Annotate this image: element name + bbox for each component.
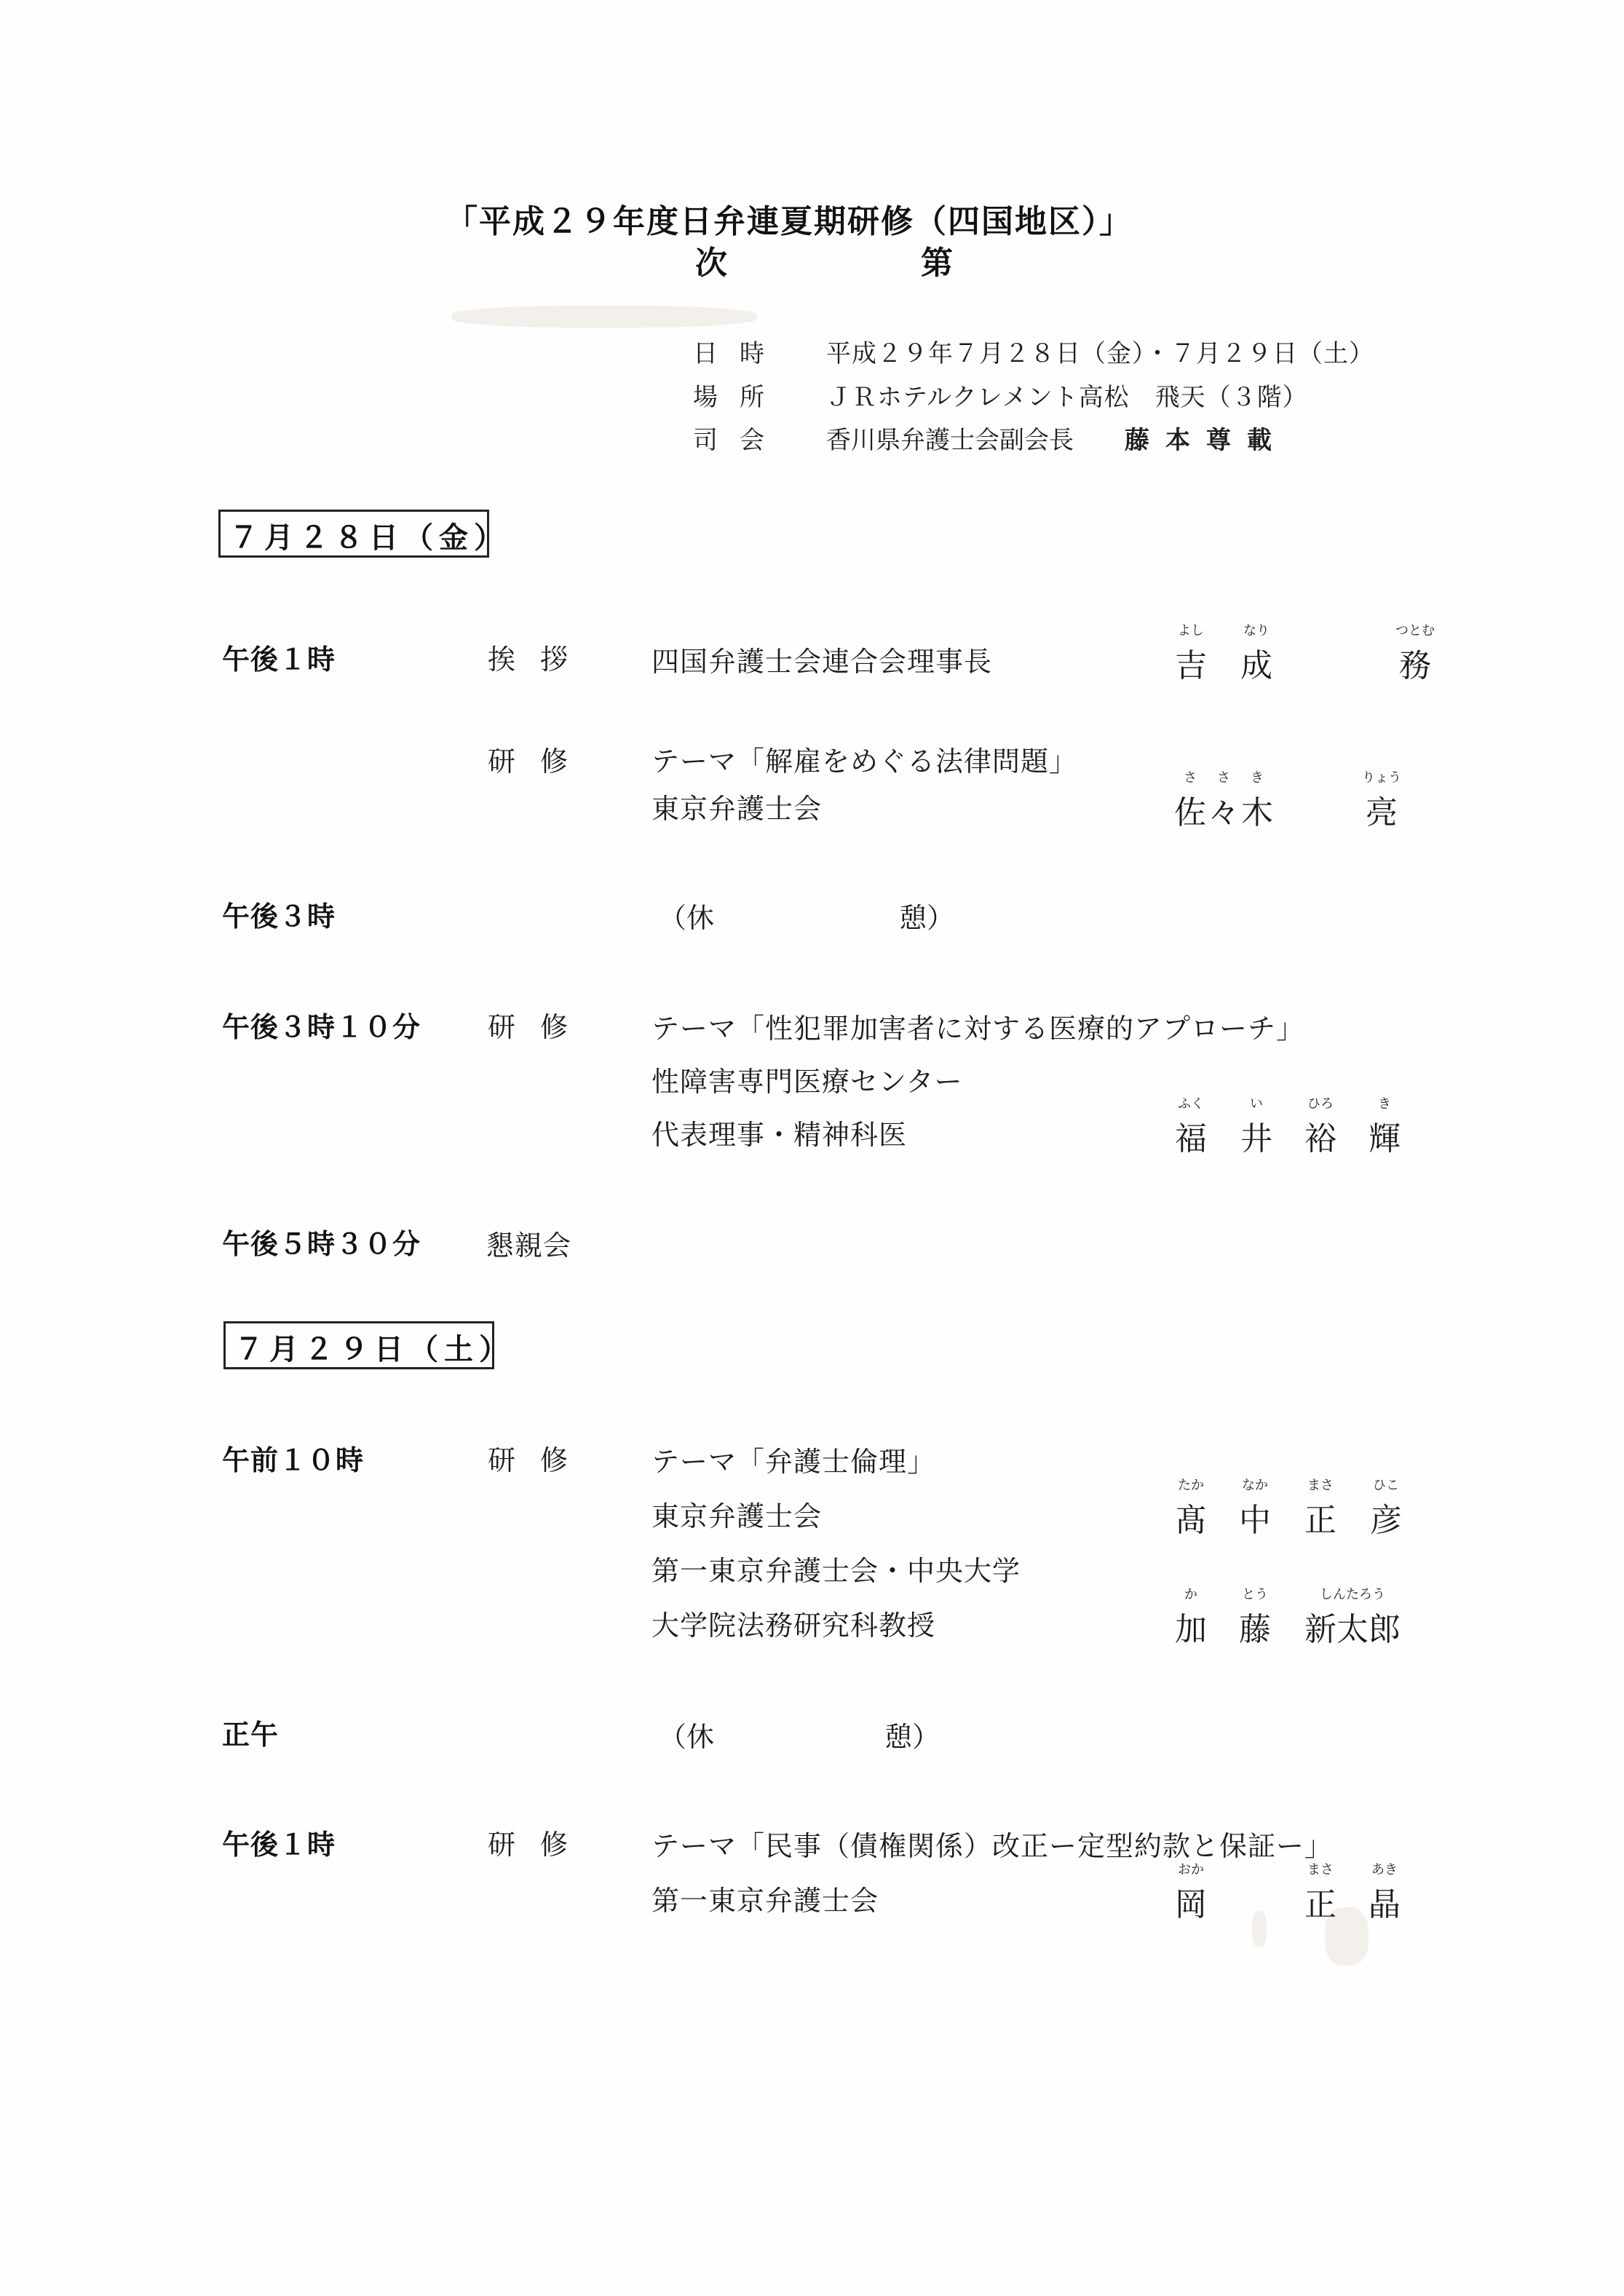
speaker-name: か加 とう藤 しんたろう新太郎 <box>1173 1603 1402 1650</box>
schedule-desc-line: テーマ「弁護士倫理」 <box>651 1439 935 1479</box>
info-label-datetime: 日時 <box>693 333 786 369</box>
name-char: りょう亮 <box>1364 786 1399 833</box>
break-left: （休 <box>659 895 714 935</box>
info-value-venue: ＪＲホテルクレメント高松 飛天（３階） <box>826 377 1308 413</box>
schedule-type: 挨拶 <box>488 637 593 677</box>
name-char: ふく福 <box>1173 1112 1208 1159</box>
name-char: さ々 <box>1207 786 1240 833</box>
schedule-desc-line: 大学院法務研究科教授 <box>651 1603 935 1643</box>
name-char: よし吉 <box>1173 639 1208 686</box>
schedule-desc-line: 性障害専門医療センター <box>651 1059 962 1099</box>
name-char: なか中 <box>1237 1494 1272 1540</box>
name-char: さ佐 <box>1173 786 1207 833</box>
break-left: （休 <box>659 1714 714 1754</box>
info-value-mc-role: 香川県弁護士会副会長 <box>826 420 1074 456</box>
name-char: あき晶 <box>1367 1878 1402 1925</box>
subtitle-right: 第 <box>921 237 953 283</box>
name-char: たか髙 <box>1173 1494 1208 1540</box>
schedule-time: 午後３時１０分 <box>222 1005 421 1045</box>
schedule-type: 研修 <box>488 1005 593 1045</box>
day-header-jul28: ７月２８日（金） <box>218 510 489 558</box>
info-label-mc: 司会 <box>693 420 786 456</box>
ruby: よし <box>1178 620 1204 639</box>
name-char: か加 <box>1173 1603 1208 1650</box>
subtitle-left: 次 <box>695 237 727 283</box>
schedule-desc-line: テーマ「解雇をめぐる法律問題」 <box>651 739 1077 779</box>
name-char: ひこ彦 <box>1368 1494 1403 1540</box>
name-char: き輝 <box>1367 1112 1402 1159</box>
paper-stain <box>451 306 757 328</box>
name-char: おか岡 <box>1173 1878 1208 1925</box>
schedule-desc-line: 東京弁護士会 <box>651 786 822 826</box>
schedule-desc-line: 四国弁護士会連合会理事長 <box>651 639 992 679</box>
break-right: 憩） <box>884 1714 940 1754</box>
name-char: い井 <box>1239 1112 1274 1159</box>
name-char: ひろ裕 <box>1303 1112 1338 1159</box>
schedule-desc-line: テーマ「性犯罪加害者に対する医療的アプローチ」 <box>651 1006 1304 1046</box>
schedule-type: 研修 <box>488 1822 593 1862</box>
schedule-type: 研修 <box>488 1438 593 1478</box>
schedule-time: 正午 <box>222 1712 279 1752</box>
speaker-name: よし吉 なり成 つとむ務 <box>1173 639 1433 686</box>
schedule-desc-line: 代表理事・精神科医 <box>651 1112 907 1152</box>
break-right: 憩） <box>899 895 954 935</box>
name-char: つとむ務 <box>1398 639 1433 686</box>
name-char: とう藤 <box>1237 1603 1272 1650</box>
ruby: つとむ <box>1395 620 1435 639</box>
document-title: 「平成２９年度日弁連夏期研修（四国地区）」 <box>445 195 1133 242</box>
schedule-desc-line: 第一東京弁護士会・中央大学 <box>651 1548 1021 1588</box>
day-header-jul29: ７月２９日（土） <box>223 1321 494 1369</box>
name-char: まさ正 <box>1303 1878 1338 1925</box>
name-char: なり成 <box>1239 639 1274 686</box>
info-value-datetime: 平成２９年７月２８日（金）・７月２９日（土） <box>826 333 1374 369</box>
schedule-desc-line: テーマ「民事（債権関係）改正ー定型約款と保証ー」 <box>651 1824 1333 1864</box>
name-char: き木 <box>1240 786 1274 833</box>
speaker-name: ふく福 い井 ひろ裕 き輝 <box>1173 1112 1402 1159</box>
info-label-venue: 場所 <box>693 377 786 413</box>
info-value-mc-person: 藤本尊載 <box>1125 420 1288 456</box>
schedule-time: 午後３時 <box>222 894 336 934</box>
schedule-time: 午後５時３０分 <box>222 1222 421 1262</box>
speaker-name: さ佐 さ々 き木 りょう亮 <box>1173 786 1399 833</box>
speaker-name: おか岡 まさ正 あき晶 <box>1173 1878 1402 1925</box>
schedule-time: 午後１時 <box>222 637 336 677</box>
schedule-type: 研修 <box>488 739 593 779</box>
schedule-desc-line: 東京弁護士会 <box>651 1494 822 1534</box>
name-char: しんたろう新太郎 <box>1303 1603 1402 1650</box>
schedule-desc-line: 第一東京弁護士会 <box>651 1878 879 1918</box>
schedule-type: 懇親会 <box>486 1223 571 1263</box>
speaker-name: たか髙 なか中 まさ正 ひこ彦 <box>1173 1494 1403 1540</box>
ruby: なり <box>1243 620 1270 639</box>
schedule-time: 午前１０時 <box>222 1438 364 1478</box>
name-char: まさ正 <box>1303 1494 1338 1540</box>
schedule-time: 午後１時 <box>222 1822 336 1862</box>
